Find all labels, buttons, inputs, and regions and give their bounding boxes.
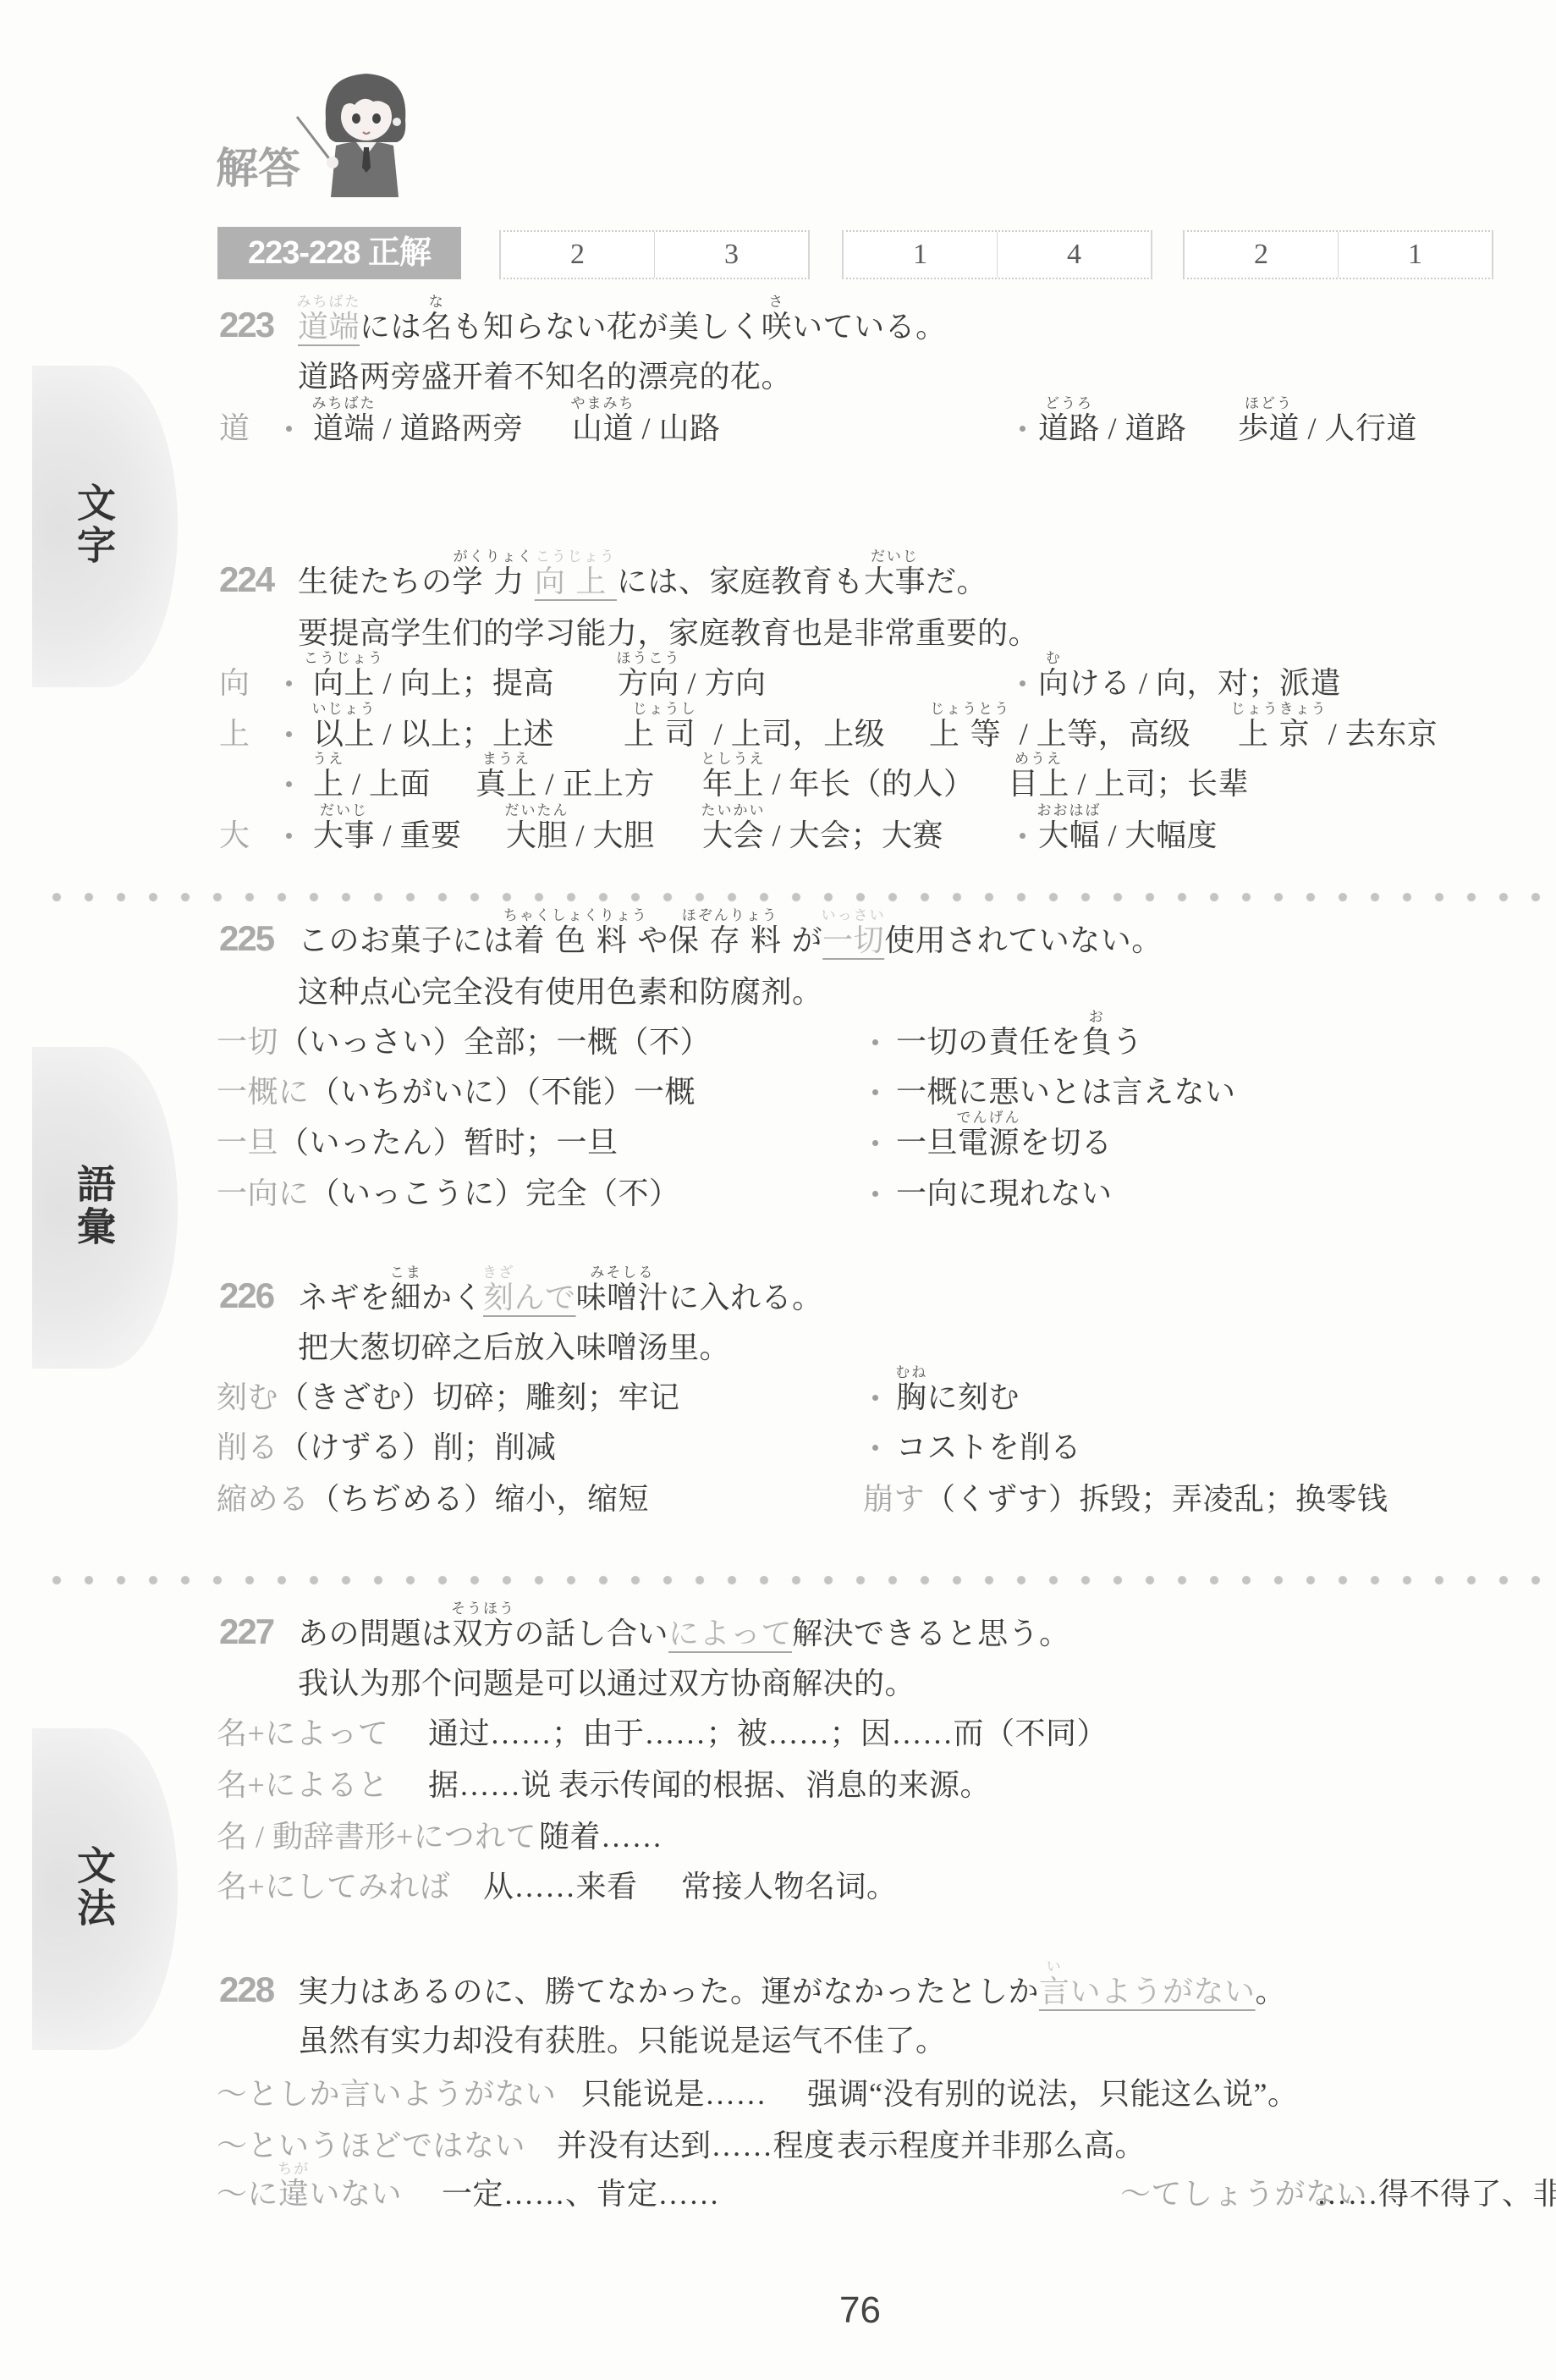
kanji-row: 向 向上こうじょう / 向上；提高 方向ほうこう / 方向 向むける / 向，对… — [0, 666, 1556, 700]
vocab-meaning: / 人行道 — [1300, 411, 1417, 445]
ruby-base: 大事 — [864, 565, 926, 598]
answer-cell-227: 2 — [1185, 232, 1338, 278]
vocab-item: 大会たいかい / 大会；大赛 — [702, 818, 943, 862]
vocab-meaning: / 大会；大赛 — [764, 818, 943, 852]
example-text: 一切の責任を — [896, 1025, 1081, 1059]
answer-pair-1: 2 3 — [499, 230, 810, 279]
ruby-word: 違ちが — [278, 2177, 310, 2211]
translation: 要提高学生们的学习能力，家庭教育也是非常重要的。 — [298, 616, 1039, 650]
sentence-text: あの問題は — [298, 1617, 453, 1650]
grammar-row: ～というほどではない 并没有达到……程度 表示程度并非那么高。 — [0, 2129, 1556, 2162]
furigana: いじょう — [312, 702, 377, 717]
bullet-icon — [872, 1039, 878, 1045]
vocab-item: 歩道ほどう / 人行道 — [1238, 411, 1417, 455]
vocab-row: 刻む（きざむ）切碎；雕刻；牢记 胸むねに刻む — [0, 1380, 1556, 1414]
vocab-word: 削る — [217, 1430, 278, 1464]
vocab-word: 一概に — [217, 1075, 310, 1109]
grammar-meaning-extra: ……得不得了、非常…… — [1317, 2177, 1556, 2211]
sentence-text: かく — [421, 1281, 483, 1314]
ruby-base: 負 — [1081, 1025, 1113, 1059]
vocab-reading: （いっこうに） — [310, 1176, 526, 1210]
furigana: でんげん — [957, 1110, 1021, 1126]
example-text: 一概に悪いとは言えない — [896, 1075, 1236, 1109]
section-divider — [41, 890, 1556, 905]
furigana: めうえ — [1014, 752, 1063, 767]
furigana: むね — [895, 1365, 927, 1380]
bullet-icon — [286, 426, 292, 432]
answer-cell-224: 3 — [654, 232, 808, 278]
ruby-base: 保存料 — [668, 923, 792, 957]
furigana: みちばた — [297, 295, 361, 310]
vocab-meaning: / 大幅度 — [1100, 818, 1218, 852]
ruby-base: 細 — [391, 1281, 422, 1314]
ruby-word: 道端みちばた — [313, 411, 375, 445]
vocab-item: 道端みちばた / 道路两旁 — [313, 411, 524, 455]
bullet-icon — [872, 1191, 878, 1197]
ruby-word: 双方そうほう — [453, 1617, 514, 1650]
vocab-meaning: / 上司，上级 — [706, 717, 885, 751]
sentence-text: には — [360, 310, 421, 344]
bullet-icon — [872, 1089, 878, 1095]
grammar-meaning: 随着…… — [539, 1820, 663, 1854]
ruby-base: 道端 — [313, 411, 375, 445]
ruby-word: 細こま — [391, 1281, 422, 1314]
ruby-word: 名な — [421, 310, 453, 344]
ruby-base: 山道 — [572, 411, 634, 445]
question-sentence-228: 228実力はあるのに、勝てなかった。運がなかったとしか言いいようがない。 — [219, 1973, 1286, 2019]
vocab-row: 一旦（いったん）暂时；一旦 一旦電源でんげんを切る — [0, 1126, 1556, 1160]
vocab-meaning: / 正上方 — [537, 767, 655, 801]
ruby-word: 着色料ちゃくしょくりょう — [514, 923, 638, 957]
furigana: いっさい — [822, 908, 886, 923]
grammar-pattern: ～としか言いようがない — [217, 2077, 557, 2111]
translation: 这种点心完全没有使用色素和防腐剂。 — [298, 975, 823, 1009]
furigana: じょうとう — [930, 702, 1010, 717]
grammar-note: 强调“没有别的说法，只能这么说”。 — [807, 2077, 1298, 2111]
grammar-row: ～に違ちがいない 一定……、肯定…… ～てしょうがない ……得不得了、非常…… — [0, 2177, 1556, 2211]
example-text: コストを削る — [896, 1430, 1081, 1464]
ruby-word: 保存料ほぞんりょう — [668, 923, 792, 957]
example-text: に刻む — [927, 1380, 1020, 1414]
question-number: 223 — [219, 308, 298, 342]
sentence-text: が — [792, 923, 823, 957]
example-text: 一旦 — [896, 1126, 958, 1160]
furigana: さ — [768, 295, 784, 310]
vocab-row: 一向に（いっこうに）完全（不） 一向に現れない — [0, 1176, 1556, 1210]
vocab-meaning: 拆毁；弄凌乱；换零钱 — [1080, 1482, 1388, 1516]
grammar-pattern: 名+によって — [217, 1716, 388, 1750]
ruby-word: 目上めうえ — [1008, 767, 1069, 801]
grammar-meaning: 一定……、肯定…… — [442, 2177, 720, 2211]
vocab-word: 崩す — [863, 1482, 925, 1516]
grammar-note: 表示传闻的根据、消息的来源。 — [558, 1768, 991, 1802]
pattern-text: いない — [310, 2177, 403, 2211]
target-word: 刻 — [483, 1281, 514, 1314]
sentence-text: に入れる。 — [668, 1281, 823, 1314]
vocab-meaning: 全部；一概（不） — [464, 1025, 711, 1059]
furigana: どうろ — [1045, 396, 1093, 411]
question-number: 227 — [219, 1615, 298, 1649]
answer-pair-3: 2 1 — [1183, 230, 1493, 279]
ruby-base: 方向 — [618, 666, 679, 700]
bullet-icon — [872, 1445, 878, 1451]
vocab-entry: 一旦（いったん）暂时；一旦 — [217, 1126, 619, 1170]
vocab-word: 縮める — [217, 1482, 310, 1516]
vocab-entry: 刻む（きざむ）切碎；雕刻；牢记 — [217, 1380, 680, 1424]
grammar-pattern: 名+にしてみれば — [217, 1870, 450, 1903]
target-word: 一切 — [822, 923, 884, 957]
furigana: だいたん — [505, 803, 569, 818]
vocab-example: 一向に現れない — [896, 1176, 1113, 1220]
vocab-item: 道路どうろ / 道路 — [1038, 411, 1187, 455]
vocab-meaning: / 去东京 — [1320, 717, 1438, 751]
vocab-entry: 一概に（いちがいに）（不能）一概 — [217, 1075, 696, 1119]
grammar-row: 名+によって 通过……；由于……；被……；因……而（不同） — [0, 1716, 1556, 1750]
vocab-meaning: 暂时；一旦 — [464, 1126, 619, 1160]
answer-cell-226: 4 — [997, 232, 1151, 278]
ruby-base: 学力 — [453, 565, 535, 598]
page-title: 解答 — [216, 146, 300, 191]
furigana: い — [1047, 1959, 1063, 1975]
translation: 我认为那个问题是可以通过双方协商解决的。 — [298, 1667, 915, 1700]
furigana: じょうし — [633, 702, 697, 717]
vocab-meaning: / 重要 — [375, 818, 462, 852]
ruby-base: 真上 — [476, 767, 537, 801]
vocab-meaning: / 年长（的人） — [764, 767, 975, 801]
furigana: こうじょう — [304, 651, 384, 666]
question-sentence-223: 223道端みちばたには名なも知らない花が美しく咲さいている。 — [219, 308, 947, 354]
question-sentence-224: 224生徒たちの学力がくりょく向上こうじょうには、家庭教育も大事だいじだ。 — [219, 563, 987, 609]
ruby-word: 道端みちばた — [298, 310, 360, 344]
vocab-example: コストを削る — [896, 1430, 1081, 1474]
vocab-row: 削る（けずる）削；削减 コストを削る — [0, 1430, 1556, 1464]
furigana: ちゃくしょくりょう — [503, 908, 648, 923]
translation: 把大葱切碎之后放入味噌汤里。 — [298, 1330, 730, 1364]
vocab-meaning: / 大胆 — [568, 818, 655, 852]
question-sentence-225: 225このお菓子には着色料ちゃくしょくりょうや保存料ほぞんりょうが一切いっさい使… — [219, 922, 1163, 967]
ruby-base: 大会 — [702, 818, 764, 852]
furigana: だいじ — [871, 549, 919, 565]
book-page: 解答 223-228 正解 2 3 1 4 2 1 文字 語彙 文法 223道端… — [0, 0, 1556, 2380]
furigana: ほぞんりょう — [682, 908, 778, 923]
ruby-word: 言い — [1039, 1975, 1070, 2008]
ruby-word: 真上まうえ — [476, 767, 537, 801]
ruby-word: 味噌汁みそしる — [576, 1281, 669, 1314]
kanji-label: 道 — [219, 411, 250, 445]
ruby-base: 電源 — [958, 1126, 1020, 1160]
sentence-text: や — [637, 923, 668, 957]
furigana: まうえ — [482, 752, 531, 767]
vocab-entry-extra: 崩す（くずす）拆毁；弄凌乱；换零钱 — [863, 1482, 1388, 1526]
ruby-base: 以上 — [313, 717, 375, 751]
ruby-base: 味噌汁 — [576, 1281, 669, 1314]
furigana: ちが — [278, 2162, 310, 2177]
vocab-entry: 一向に（いっこうに）完全（不） — [217, 1176, 680, 1220]
ruby-base: 名 — [421, 310, 453, 344]
grammar-pattern: ～というほどではない — [217, 2129, 525, 2162]
vocab-item: 山道やまみち / 山路 — [572, 411, 721, 455]
grammar-pattern: 名 / 動辞書形+につれて — [217, 1820, 536, 1854]
ruby-base: 向 — [1038, 666, 1069, 700]
okurigana: ける — [1069, 666, 1131, 700]
furigana: こうじょう — [536, 549, 616, 565]
vocab-meaning: / 道路两旁 — [375, 411, 524, 445]
vocab-meaning: 削；削减 — [433, 1430, 557, 1464]
vocab-reading: （けずる） — [278, 1430, 433, 1464]
kanji-label: 向 — [219, 666, 250, 700]
vocab-entry: 一切（いっさい）全部；一概（不） — [217, 1025, 711, 1069]
vocab-meaning: 缩小，缩短 — [495, 1482, 650, 1516]
ruby-base: 大胆 — [506, 818, 568, 852]
ruby-word: 学力がくりょく — [453, 565, 535, 598]
vocab-item: 大幅おおはば / 大幅度 — [1038, 818, 1218, 862]
kanji-row: 上うえ / 上面 真上まうえ / 正上方 年上としうえ / 年长（的人） 目上め… — [0, 767, 1556, 801]
vocab-word: 一旦 — [217, 1126, 278, 1160]
furigana: ほどう — [1245, 396, 1293, 411]
grammar-meaning: 并没有达到……程度 — [557, 2129, 835, 2162]
ruby-word: 大事だいじ — [313, 818, 375, 852]
ruby-base: 双方 — [453, 1617, 514, 1650]
ruby-base: 胸 — [896, 1380, 927, 1414]
vocab-meaning: / 上等，高级 — [1011, 717, 1190, 751]
vocab-reading: （いっさい） — [278, 1025, 464, 1059]
page-number: 76 — [839, 2290, 881, 2331]
translation: 虽然有实力却没有获胜。只能说是运气不佳了。 — [298, 2024, 947, 2058]
ruby-base: 年上 — [702, 767, 764, 801]
furigana: たいかい — [701, 803, 766, 818]
vocab-meaning: / 方向 — [679, 666, 767, 700]
side-tab-label: 文字 — [73, 482, 115, 567]
grammar-meaning: 通过……；由于……；被……；因……而（不同） — [428, 1716, 1108, 1750]
vocab-meaning: / 山路 — [634, 411, 721, 445]
ruby-word: 咲さ — [762, 310, 793, 344]
target-word: んで — [514, 1281, 576, 1314]
ruby-word: 上うえ — [313, 767, 344, 801]
target-word: 向上 — [535, 565, 617, 598]
section-divider — [41, 1573, 1556, 1588]
vocab-item: 大事だいじ / 重要 — [313, 818, 462, 862]
grammar-row: 名+によると 据……说 表示传闻的根据、消息的来源。 — [0, 1768, 1556, 1802]
question-sentence-226: 226ネギを細こまかく刻きざんで味噌汁みそしるに入れる。 — [219, 1279, 823, 1325]
furigana: おおはば — [1037, 803, 1102, 818]
vocab-meaning: （不能）一概 — [525, 1075, 696, 1109]
ruby-word: 道路どうろ — [1038, 411, 1100, 445]
ruby-base: 違 — [278, 2177, 310, 2211]
furigana: みちばた — [312, 396, 377, 411]
furigana: な — [429, 295, 445, 310]
sentence-text: いている。 — [792, 310, 947, 344]
kanji-label: 大 — [219, 818, 250, 852]
ruby-base: 歩道 — [1238, 411, 1300, 445]
question-number: 226 — [219, 1279, 298, 1313]
ruby-word: 刻きざ — [483, 1281, 514, 1314]
target-word: 道端 — [298, 310, 360, 344]
vocab-reading: （いちがいに） — [310, 1075, 526, 1109]
furigana: そうほう — [451, 1601, 515, 1617]
ruby-base: 上京 — [1238, 717, 1320, 751]
grammar-note: 表示程度并非那么高。 — [837, 2129, 1146, 2162]
vocab-example: 一旦電源でんげんを切る — [896, 1126, 1113, 1170]
grammar-pattern: 名+によると — [217, 1768, 388, 1802]
vocab-row: 一概に（いちがいに）（不能）一概 一概に悪いとは言えない — [0, 1075, 1556, 1109]
vocab-entry: 縮める（ちぢめる）缩小，缩短 — [217, 1482, 649, 1526]
ruby-base: 向上 — [313, 666, 375, 700]
answer-pair-2: 1 4 — [842, 230, 1152, 279]
ruby-word: 向上こうじょう — [535, 565, 617, 598]
answer-cell-225: 1 — [844, 232, 997, 278]
question-number: 228 — [219, 1973, 298, 2007]
ruby-word: 山道やまみち — [572, 411, 634, 445]
furigana: だいじ — [320, 803, 368, 818]
vocab-meaning: / 以上；上述 — [375, 717, 554, 751]
target-word: によって — [668, 1617, 792, 1650]
ruby-word: 年上としうえ — [702, 767, 764, 801]
ruby-base: 目上 — [1008, 767, 1069, 801]
bullet-icon — [286, 731, 292, 737]
sentence-text: ネギを — [298, 1281, 391, 1314]
grammar-row: 名+にしてみれば 从……来看 常接人物名词。 — [0, 1870, 1556, 1903]
vocab-reading: （いったん） — [278, 1126, 464, 1160]
question-number: 224 — [219, 563, 298, 597]
ruby-word: 以上いじょう — [313, 717, 375, 751]
vocab-meaning: / 上面 — [344, 767, 432, 801]
ruby-word: 大事だいじ — [864, 565, 926, 598]
bullet-icon — [872, 1395, 878, 1401]
furigana: お — [1089, 1010, 1105, 1025]
kanji-label: 上 — [219, 717, 250, 751]
kanji-row: 道 道端みちばた / 道路两旁 山道やまみち / 山路 道路どうろ / 道路 歩… — [0, 411, 1556, 445]
bullet-icon — [1020, 833, 1025, 839]
ruby-base: 道路 — [1038, 411, 1100, 445]
ruby-word: 歩道ほどう — [1238, 411, 1300, 445]
ruby-word: 上司じょうし — [624, 717, 706, 751]
bullet-icon — [1020, 426, 1025, 432]
bullet-icon — [872, 1140, 878, 1146]
vocab-item: 大胆だいたん / 大胆 — [506, 818, 655, 862]
answer-range-label: 223-228 正解 — [217, 227, 461, 279]
translation: 道路两旁盛开着不知名的漂亮的花。 — [298, 360, 792, 394]
bullet-icon — [1020, 680, 1025, 686]
vocab-reading: （きざむ） — [278, 1380, 433, 1414]
sentence-text: 実力はあるのに、勝てなかった。運がなかったとしか — [298, 1975, 1039, 2008]
teacher-girl-illustration-icon — [292, 68, 410, 203]
vocab-meaning: / 向上；提高 — [375, 666, 554, 700]
furigana: うえ — [312, 752, 344, 767]
ruby-word: 一切いっさい — [822, 923, 884, 957]
example-text: 一向に現れない — [896, 1176, 1113, 1210]
vocab-meaning: 完全（不） — [525, 1176, 680, 1210]
vocab-word: 一向に — [217, 1176, 310, 1210]
vocab-word: 一切 — [217, 1025, 278, 1059]
sentence-text: 使用されていない。 — [884, 923, 1163, 957]
furigana: む — [1046, 651, 1062, 666]
ruby-word: 方向ほうこう — [618, 666, 679, 700]
answer-cell-223: 2 — [501, 232, 654, 278]
target-word: 言 — [1039, 1975, 1070, 2008]
vocab-reading: （くずす） — [925, 1482, 1080, 1516]
ruby-base: 着色料 — [514, 923, 638, 957]
question-number: 225 — [219, 922, 298, 956]
ruby-word: 向上こうじょう — [313, 666, 375, 700]
vocab-example: 胸むねに刻む — [896, 1380, 1020, 1424]
vocab-item: 上京じょうきょう / 去东京 — [1238, 717, 1438, 761]
example-text: を切る — [1020, 1126, 1113, 1160]
bullet-icon — [286, 833, 292, 839]
grammar-meaning: 只能说是…… — [581, 2077, 767, 2111]
grammar-note: 常接人物名词。 — [681, 1870, 898, 1903]
grammar-meaning: 据……说 — [428, 1768, 552, 1802]
vocab-word: 刻む — [217, 1380, 278, 1414]
kanji-row: 大 大事だいじ / 重要 大胆だいたん / 大胆 大会たいかい / 大会；大赛 … — [0, 818, 1556, 852]
sentence-text: だ。 — [926, 565, 987, 598]
ruby-word: 電源でんげん — [958, 1126, 1020, 1160]
ruby-word: 上等じょうとう — [929, 717, 1011, 751]
ruby-word: 大胆だいたん — [506, 818, 568, 852]
example-text: う — [1113, 1025, 1144, 1059]
vocab-meaning: 切碎；雕刻；牢记 — [433, 1380, 680, 1414]
vocab-row: 縮める（ちぢめる）缩小，缩短 崩す（くずす）拆毁；弄凌乱；换零钱 — [0, 1482, 1556, 1516]
grammar-row: ～としか言いようがない 只能说是…… 强调“没有别的说法，只能这么说”。 — [0, 2077, 1556, 2111]
furigana: としうえ — [701, 752, 766, 767]
ruby-word: 大会たいかい — [702, 818, 764, 852]
furigana: がくりょく — [454, 549, 534, 565]
pattern-text: ～に — [217, 2177, 278, 2211]
sentence-text: 解決できると思う。 — [792, 1617, 1070, 1650]
sentence-text: 生徒たちの — [298, 565, 453, 598]
vocab-entry: 削る（けずる）削；削减 — [217, 1430, 557, 1474]
ruby-word: 大幅おおはば — [1038, 818, 1100, 852]
vocab-meaning: / 上司；长辈 — [1069, 767, 1249, 801]
ruby-word: 胸むね — [896, 1380, 927, 1414]
ruby-base: 大事 — [313, 818, 375, 852]
ruby-base: 上司 — [624, 717, 706, 751]
sentence-text: には、家庭教育も — [617, 565, 864, 598]
ruby-word: 上京じょうきょう — [1238, 717, 1320, 751]
question-sentence-227: 227あの問題は双方そうほうの話し合いによって解決できると思う。 — [219, 1615, 1070, 1661]
ruby-word: 負お — [1081, 1025, 1113, 1059]
ruby-base: 上 — [313, 767, 344, 801]
grammar-meaning: 从……来看 — [483, 1870, 638, 1903]
furigana: こま — [390, 1265, 422, 1281]
bullet-icon — [286, 680, 292, 686]
grammar-row: 名 / 動辞書形+につれて 随着…… — [0, 1820, 1556, 1854]
vocab-meaning: / 道路 — [1100, 411, 1187, 445]
furigana: ほうこう — [617, 651, 681, 666]
ruby-base: 上等 — [929, 717, 1011, 751]
vocab-example: 一概に悪いとは言えない — [896, 1075, 1236, 1119]
ruby-base: 大幅 — [1038, 818, 1100, 852]
vocab-row: 一切（いっさい）全部；一概（不） 一切の責任を負おう — [0, 1025, 1556, 1059]
ruby-base: 咲 — [762, 310, 793, 344]
furigana: きざ — [482, 1265, 514, 1281]
furigana: やまみち — [571, 396, 635, 411]
furigana: じょうきょう — [1231, 702, 1328, 717]
bullet-icon — [286, 781, 292, 787]
grammar-pattern: ～に違ちがいない — [217, 2177, 402, 2221]
ruby-word: 向む — [1038, 666, 1069, 700]
sentence-text: 。 — [1256, 1975, 1287, 2008]
target-word: いようがない — [1070, 1975, 1256, 2008]
sentence-text: このお菓子には — [298, 923, 514, 957]
furigana: みそしる — [590, 1265, 654, 1281]
vocab-reading: （ちぢめる） — [310, 1482, 495, 1516]
vocab-meaning: / 向，对；派遣 — [1131, 666, 1342, 700]
kanji-row: 上 以上いじょう / 以上；上述 上司じょうし / 上司，上级 上等じょうとう … — [0, 717, 1556, 751]
answer-cell-228: 1 — [1338, 232, 1492, 278]
sentence-text: の話し合い — [514, 1617, 669, 1650]
sentence-text: も知らない花が美しく — [453, 310, 762, 344]
vocab-example: 一切の責任を負おう — [896, 1025, 1143, 1069]
